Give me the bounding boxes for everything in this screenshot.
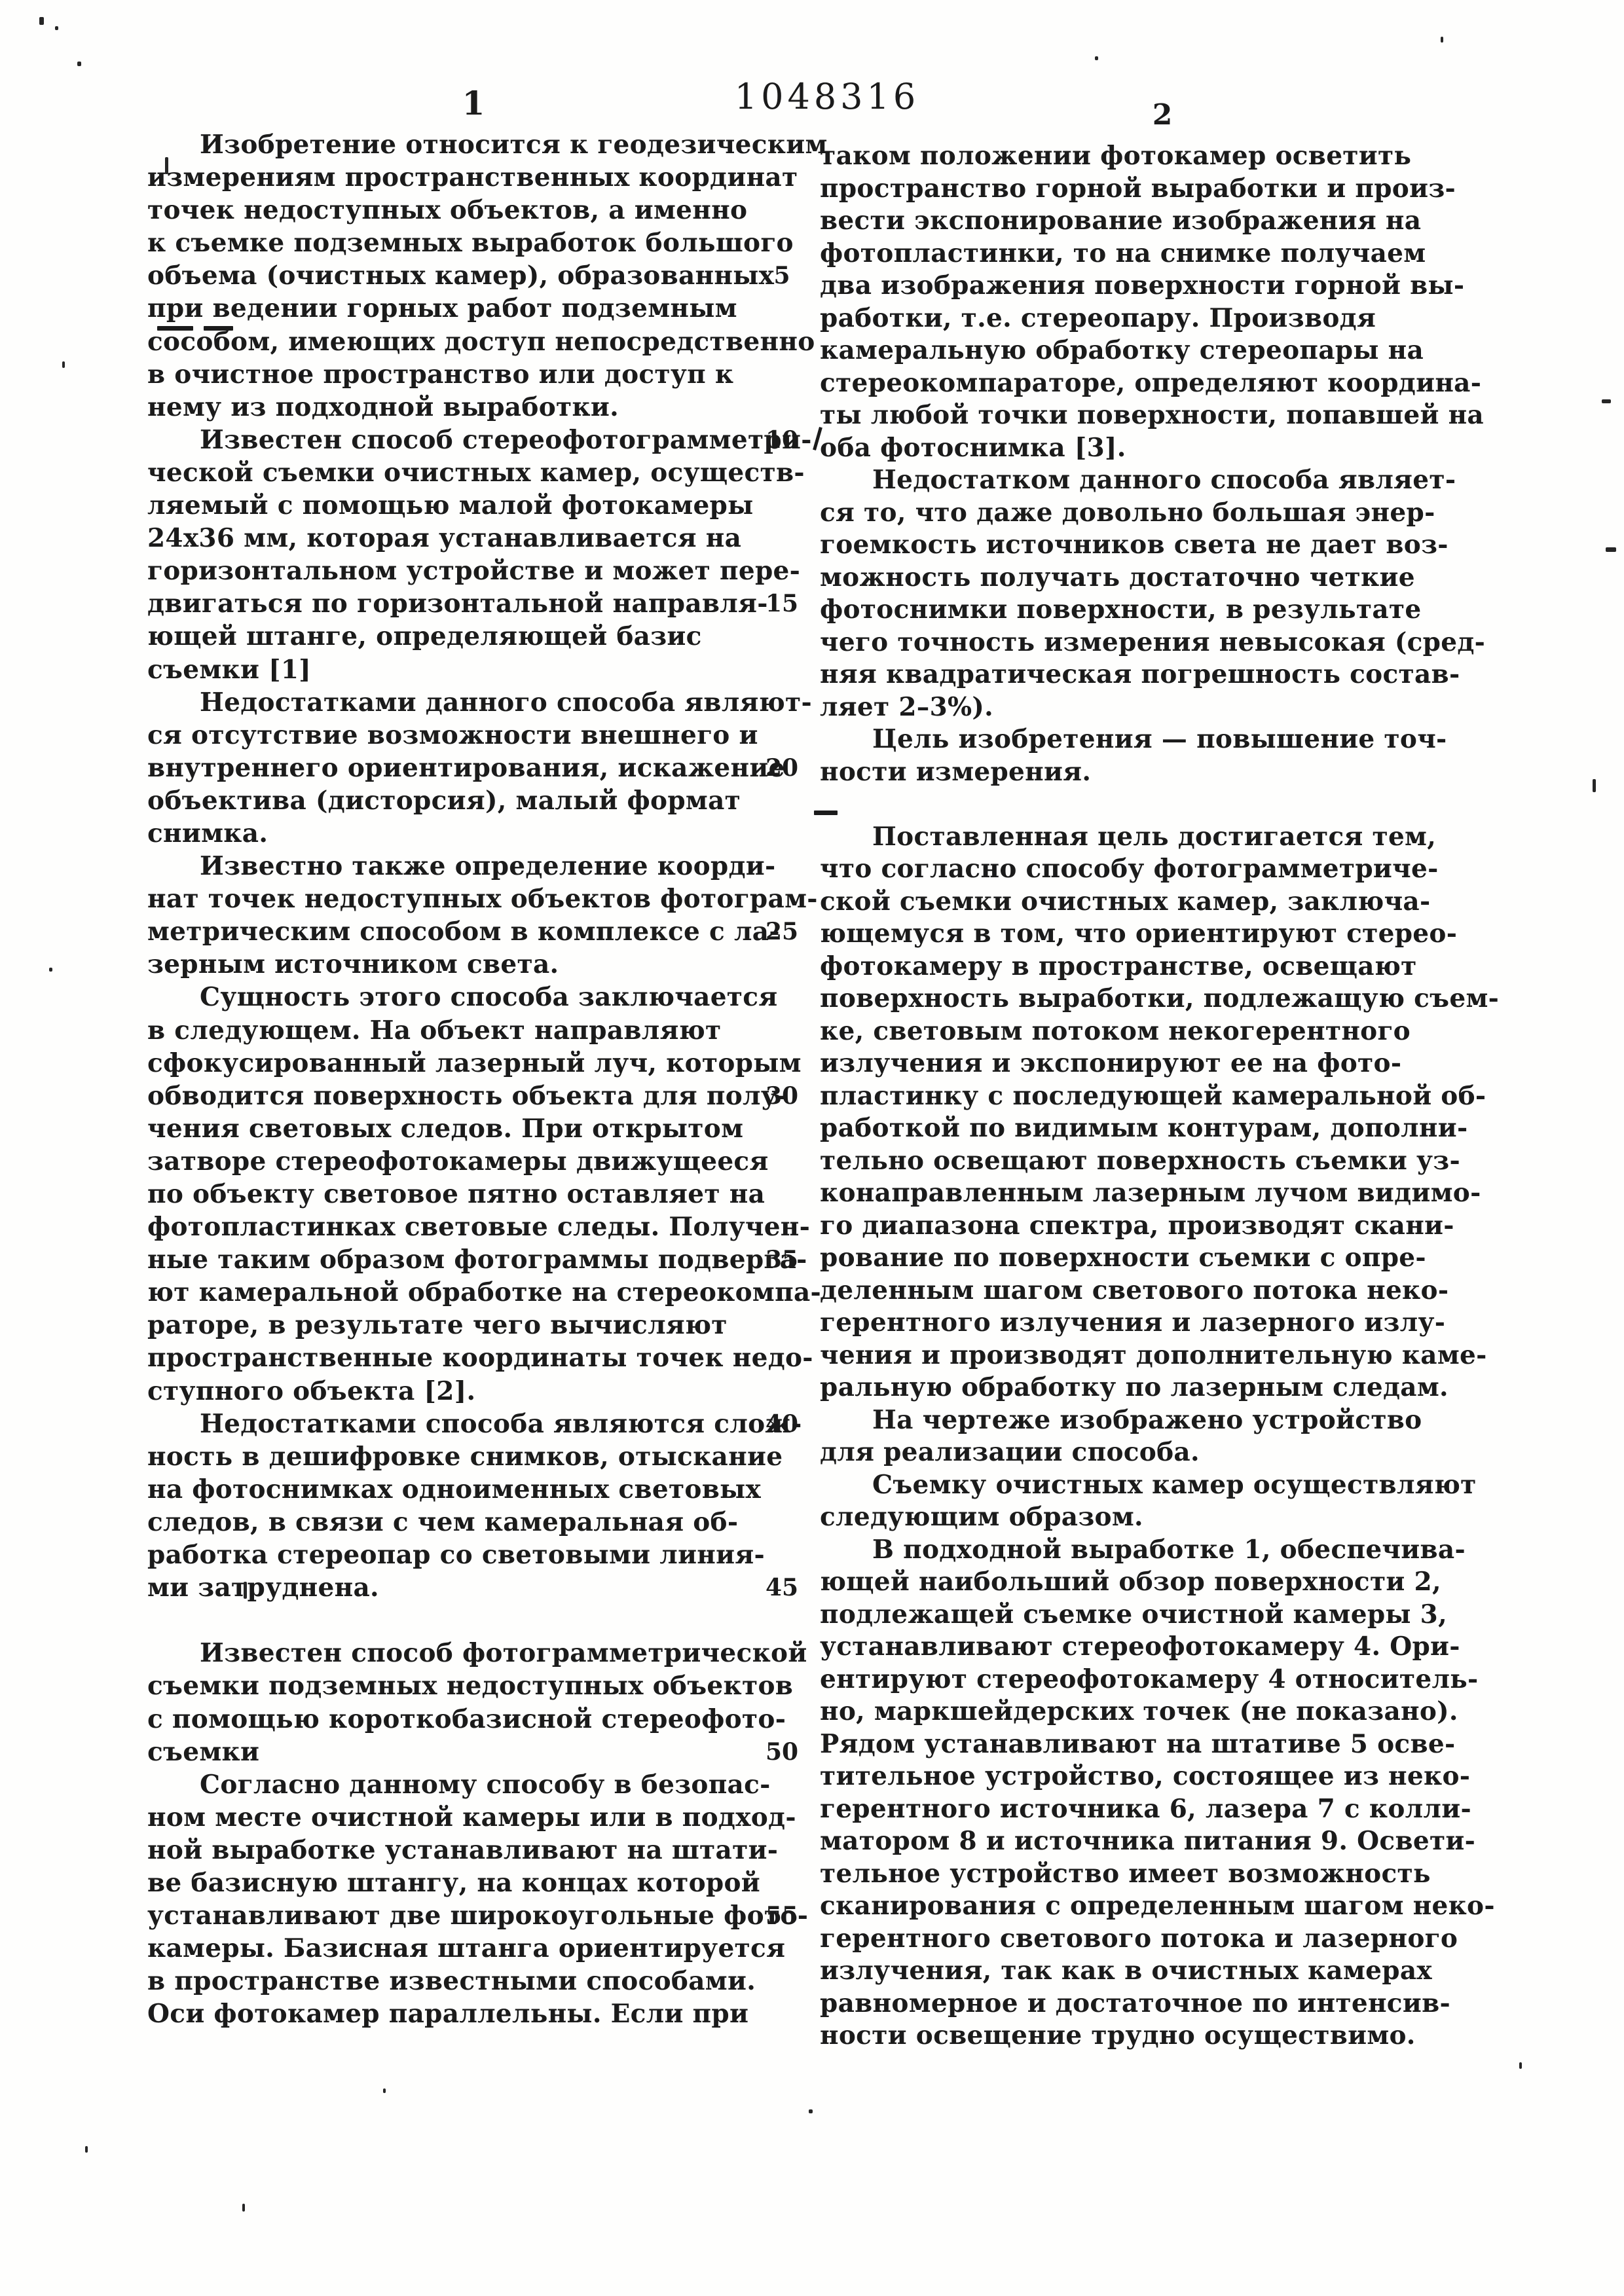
text-line: ности измерения. — [820, 756, 1517, 789]
text-line: тительное устройство, состоящее из неко- — [820, 1760, 1517, 1793]
text-line: внутреннего ориентирования, искажение — [147, 752, 779, 784]
text-line: раторе, в результате чего вычисляют — [147, 1309, 779, 1341]
text-line: объектива (дисторсия), малый формат — [147, 784, 779, 817]
text-line: камеральную обработку стереопары на — [820, 335, 1517, 367]
text-line: рование по поверхности съемки с опре- — [820, 1242, 1517, 1275]
text-line: тельно освещают поверхность съемки уз- — [820, 1145, 1517, 1178]
text-line: поверхность выработки, подлежащую съем- — [820, 983, 1517, 1015]
text-line: Сущность этого способа заключается — [147, 981, 779, 1013]
scan-speck — [383, 2088, 386, 2093]
text-line: Оси фотокамер параллельны. Если при — [147, 1997, 779, 2030]
text-line: тельное устройство имеет возможность — [820, 1858, 1517, 1891]
text-line: конаправленным лазерным лучом видимо- — [820, 1177, 1517, 1210]
text-line: Недостатками способа являются слож- — [147, 1408, 779, 1440]
text-line: вести экспонирование изображения на — [820, 205, 1517, 238]
text-line: на фотоснимках одноименных световых — [147, 1473, 779, 1506]
text-line: фотопластинки, то на снимке получаем — [820, 238, 1517, 270]
text-line: сканирования с определенным шагом неко- — [820, 1890, 1517, 1923]
text-line: съемки подземных недоступных объектов — [147, 1669, 779, 1702]
scan-speck — [1606, 547, 1616, 552]
text-line: ной выработке устанавливают на штати- — [147, 1834, 779, 1867]
margin-line-number: 35 — [750, 1243, 813, 1276]
text-line: На чертеже изображено устройство — [820, 1404, 1517, 1437]
text-line: нему из подходной выработки. — [147, 391, 779, 424]
text-line: ентируют стереофотокамеру 4 относитель- — [820, 1664, 1517, 1696]
text-line: ляемый с помощью малой фотокамеры — [147, 489, 779, 522]
text-line: 24х36 мм, которая устанавливается на — [147, 522, 779, 555]
text-line: ности освещение трудно осуществимо. — [820, 2020, 1517, 2052]
text-line: объема (очистных камер), образованных — [147, 259, 779, 292]
text-line: чения и производят дополнительную каме- — [820, 1339, 1517, 1372]
text-line: чего точность измерения невысокая (сред- — [820, 627, 1517, 659]
text-line: Известен способ стереофотограмметри- — [147, 424, 779, 456]
text-line: излучения, так как в очистных камерах — [820, 1955, 1517, 1988]
margin-line-number: 5 — [750, 259, 813, 292]
scan-speck — [55, 26, 58, 30]
text-line: затворе стереофотокамеры движущееся — [147, 1145, 779, 1178]
text-line: в пространстве известными способами. — [147, 1965, 779, 1997]
text-line: Рядом устанавливают на штативе 5 осве- — [820, 1728, 1517, 1761]
scan-speck — [1095, 56, 1098, 60]
text-line: подлежащей съемке очистной камеры 3, — [820, 1599, 1517, 1631]
text-line: пластинку с последующей камеральной об- — [820, 1080, 1517, 1113]
text-line: няя квадратическая погрешность состав- — [820, 659, 1517, 691]
scan-speck — [39, 17, 44, 25]
text-line: ность в дешифровке снимков, отыскание — [147, 1440, 779, 1473]
text-line: оба фотоснимка [3]. — [820, 432, 1517, 465]
text-line: работка стереопар со световыми линия- — [147, 1539, 779, 1571]
text-line: съемки — [147, 1736, 779, 1768]
text-line: герентного источника 6, лазера 7 с колли… — [820, 1793, 1517, 1826]
text-line: зерным источником света. — [147, 948, 779, 981]
left-text-column: Изобретение относится к геодезическимизм… — [147, 128, 779, 2030]
text-line: ми затруднена. — [147, 1571, 779, 1604]
text-line: Поставленная цель достигается тем, — [820, 821, 1517, 854]
text-line: Съемку очистных камер осуществляют — [820, 1469, 1517, 1502]
right-text-column: таком положении фотокамер осветитьпростр… — [820, 140, 1517, 2052]
text-line: Недостатками данного способа являют- — [147, 686, 779, 719]
text-line: ном месте очистной камеры или в подход- — [147, 1801, 779, 1834]
text-line: обводится поверхность объекта для полу- — [147, 1080, 779, 1112]
text-line: излучения и экспонируют ее на фото- — [820, 1048, 1517, 1080]
patent-number: 1048316 — [673, 76, 981, 117]
text-line: ляет 2–3%). — [820, 691, 1517, 724]
margin-line-number: 45 — [750, 1571, 813, 1604]
text-line: го диапазона спектра, производят скани- — [820, 1210, 1517, 1243]
column-number-right: 2 — [1113, 98, 1211, 132]
text-line: точек недоступных объектов, а именно — [147, 194, 779, 227]
blank-line — [820, 788, 1517, 821]
text-line: горизонтальном устройстве и может пере- — [147, 555, 779, 587]
text-line: гоемкость источников света не дает воз- — [820, 529, 1517, 562]
text-line: с помощью короткобазисной стереофото- — [147, 1703, 779, 1736]
scan-speck — [1602, 399, 1611, 403]
scan-speck — [809, 2109, 813, 2113]
text-line: Согласно данному способу в безопас- — [147, 1768, 779, 1801]
text-line: в следующем. На объект направляют — [147, 1014, 779, 1047]
text-line: Недостатком данного способа являет- — [820, 464, 1517, 497]
scan-speck — [1519, 2062, 1522, 2069]
text-line: ческой съемки очистных камер, осуществ- — [147, 456, 779, 489]
scan-speck — [165, 157, 168, 174]
text-line: равномерное и достаточное по интенсив- — [820, 1988, 1517, 2020]
text-line: два изображения поверхности горной вы- — [820, 270, 1517, 302]
text-line: можность получать достаточно четкие — [820, 562, 1517, 594]
text-line: работки, т.е. стереопару. Производя — [820, 302, 1517, 335]
text-line: ся отсутствие возможности внешнего и — [147, 719, 779, 752]
text-line: матором 8 и источника питания 9. Освети- — [820, 1825, 1517, 1858]
text-line: ют камеральной обработке на стереокомпа- — [147, 1276, 779, 1309]
text-line: фотоснимки поверхности, в результате — [820, 594, 1517, 627]
margin-line-number: 55 — [750, 1899, 813, 1932]
margin-line-number: 20 — [750, 752, 813, 784]
text-line: ющей штанге, определяющей базис — [147, 620, 779, 653]
text-line: что согласно способу фотограмметриче- — [820, 853, 1517, 886]
text-line: ты любой точки поверхности, попавшей на — [820, 399, 1517, 432]
text-line: двигаться по горизонтальной направля- — [147, 587, 779, 620]
text-line: нат точек недоступных объектов фотограм- — [147, 883, 779, 915]
text-line: ся то, что даже довольно большая энер- — [820, 497, 1517, 530]
correction-overline-mark — [157, 326, 193, 331]
text-line: камеры. Базисная штанга ориентируется — [147, 1932, 779, 1965]
margin-line-number: 50 — [750, 1736, 813, 1768]
text-line: ве базисную штангу, на концах которой — [147, 1867, 779, 1899]
scan-speck — [77, 62, 81, 66]
text-line: Известно также определение коорди- — [147, 850, 779, 883]
text-line: ступного объекта [2]. — [147, 1375, 779, 1408]
text-line: герентного излучения и лазерного излу- — [820, 1307, 1517, 1339]
text-line: таком положении фотокамер осветить — [820, 140, 1517, 173]
text-line: в очистное пространство или доступ к — [147, 358, 779, 391]
blank-line — [147, 1604, 779, 1637]
scan-speck — [62, 361, 65, 368]
text-line: измерениям пространственных координат — [147, 161, 779, 194]
correction-overline-mark — [204, 326, 233, 331]
stray-dash-mark — [814, 811, 838, 815]
patent-document-page: 1 1048316 2 Изобретение относится к геод… — [0, 0, 1624, 2296]
text-line: к съемке подземных выработок большого — [147, 227, 779, 259]
text-line: В подходной выработке 1, обеспечива- — [820, 1534, 1517, 1567]
text-line: следов, в связи с чем камеральная об- — [147, 1506, 779, 1539]
margin-line-number: 40 — [750, 1408, 813, 1440]
margin-line-number: 15 — [750, 587, 813, 620]
text-line: стереокомпараторе, определяют координа- — [820, 367, 1517, 400]
text-line: чения световых следов. При открытом — [147, 1112, 779, 1145]
text-line: для реализации способа. — [820, 1436, 1517, 1469]
text-line: ральную обработку по лазерным следам. — [820, 1372, 1517, 1404]
text-line: ные таким образом фотограммы подверга- — [147, 1243, 779, 1276]
scan-speck — [1441, 37, 1443, 43]
text-line: съемки [1] — [147, 653, 779, 686]
text-line: при ведении горных работ подземным — [147, 292, 779, 325]
margin-line-number: 25 — [750, 915, 813, 948]
text-line: ке, световым потоком некогерентного — [820, 1015, 1517, 1048]
text-line: устанавливают стереофотокамеру 4. Ори- — [820, 1631, 1517, 1664]
text-line: следующим образом. — [820, 1501, 1517, 1534]
scan-speck — [244, 1582, 247, 1599]
column-number-left: 1 — [424, 84, 523, 122]
scan-speck — [242, 2204, 245, 2212]
margin-line-number: 30 — [750, 1080, 813, 1112]
text-line: ющемуся в том, что ориентируют стерео- — [820, 918, 1517, 951]
text-line: герентного светового потока и лазерного — [820, 1923, 1517, 1956]
text-line: фотопластинках световые следы. Получен- — [147, 1211, 779, 1243]
text-line: пространственные координаты точек недо- — [147, 1341, 779, 1374]
text-line: работкой по видимым контурам, дополни- — [820, 1112, 1517, 1145]
text-line: Цель изобретения — повышение точ- — [820, 723, 1517, 756]
text-line: ющей наибольший обзор поверхности 2, — [820, 1566, 1517, 1599]
text-line: ской съемки очистных камер, заключа- — [820, 886, 1517, 919]
text-line: снимка. — [147, 817, 779, 850]
text-line: фотокамеру в пространстве, освещают — [820, 951, 1517, 983]
text-line: по объекту световое пятно оставляет на — [147, 1178, 779, 1211]
text-line: но, маркшейдерских точек (не показано). — [820, 1696, 1517, 1728]
text-line: Изобретение относится к геодезическим — [147, 128, 779, 161]
text-line: метрическим способом в комплексе с ла- — [147, 915, 779, 948]
scan-speck — [49, 968, 52, 972]
text-line: сфокусированный лазерный луч, которым — [147, 1047, 779, 1080]
text-line: пространство горной выработки и произ- — [820, 173, 1517, 206]
margin-line-number: 10 — [750, 424, 813, 456]
text-line: устанавливают две широкоугольные фото- — [147, 1899, 779, 1932]
text-line: сособом, имеющих доступ непосредственно — [147, 325, 779, 358]
scan-speck — [85, 2146, 88, 2153]
text-line: Известен способ фотограмметрической — [147, 1637, 779, 1669]
scan-speck — [1593, 779, 1596, 792]
text-line: деленным шагом светового потока неко- — [820, 1275, 1517, 1307]
